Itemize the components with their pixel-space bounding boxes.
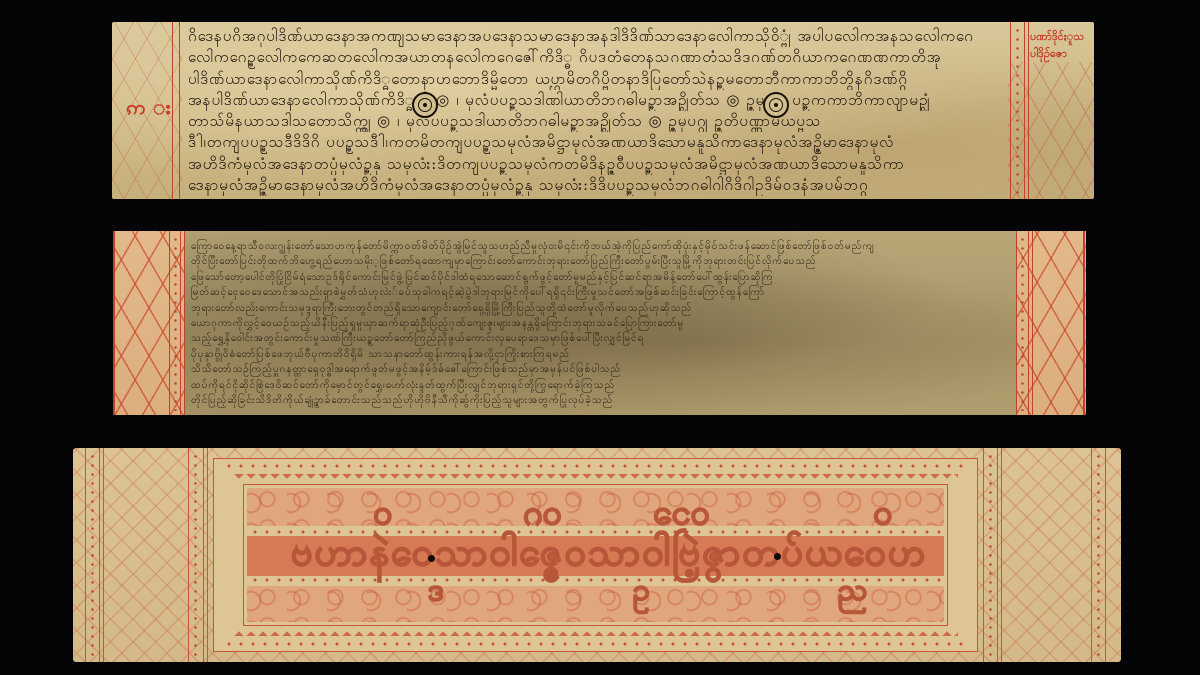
manuscript-cover-leaf: ဗဟာနဲဝေသာဝါဇ္ဇေဝသာဝါဗြဲ့ဇွာတပ်ယဝေဟ ဝ ဂဝ … (73, 448, 1121, 662)
concentric-circle-mark (763, 92, 789, 118)
text-line: သည့်ရွှေ့နိုဝေါင်းအတွင်းကောင်းမှုသဏ်ကြီး… (191, 331, 1011, 346)
text-line: အနပါဒိဏ်ယာဒေနာလေါကာသိုဏ်ကိဒိ္ဓတိ ◎ ၊ မုလ… (188, 90, 1008, 111)
text-line: သိသိတော်သဥ်ကြည့်ပှူဂနတ္တာရှေဝုဒ္ဓါအရောက်… (191, 362, 1011, 377)
margin-caption-line: ပါဒိုဥ်ဇော (1030, 45, 1084, 62)
text-line: ဒေနာမုလံအဉ္ဇိမာဒေနာမုလံအဟိဒိကံမုလံအဒေနာတ… (188, 175, 1008, 196)
text-line: လေါကဂေဥ္ဓလေါကကေဆတလေါကအယာတနလေါကဂေဇေါ်ကိဒိ… (188, 47, 1008, 68)
text-line: တိုင်ပြီးတော်ပြင်းတိုထက်ဘိဟွေ့ရည်ဟောသမို… (191, 254, 1011, 269)
zigzag-border (233, 628, 958, 636)
manuscript-leaf-top: ဢ း ဂိဒေနပဂိအဂုပါဒိဏ်ယာဒေနာအကဏျသမာဒေနာအပ… (112, 22, 1094, 199)
text-line: ဖြေသော်တော့ပေါင်တိုပြုံငြိမ်ရံသောဥဒ်ရိုင… (191, 270, 1011, 285)
cover-lower-glyph: ဥ (633, 570, 650, 615)
margin-caption-line: ပဏာ်ဒိုင်ႏူသ (1030, 28, 1084, 45)
zigzag-border (233, 474, 958, 482)
dot-border (223, 642, 968, 646)
cover-upper-glyph: ဂဝ (523, 490, 562, 541)
binding-hole (774, 553, 781, 560)
text-line: ထပ်ကိုရင်ငိုဆိုင်စြဲဒေဝိဆင်တော်ကိုမှောင်… (191, 378, 1011, 393)
text-line: ပိုပုနှာဗွိုဝိဓံတော်ပြစ်ဖေဘုယ်ဗီပုကာတိဝိ… (191, 347, 1011, 362)
leaf-text-block: ဂိဒေနပဂိအဂုပါဒိဏ်ယာဒေနာအကဏျသမာဒေနာအပဒေနာ… (188, 26, 1008, 196)
text-line: အဟိဒိကံမုလံအဒေနာတပ္ပံမုလံဥ္ဓနု သမုလံး:ဒိ… (188, 154, 1008, 175)
text-line: ဘုရားတော်လည်းကောင်းသမုဒ္ဒရာကြီးဘေးတွင်တည… (191, 301, 1011, 316)
floral-scroll-band-top (247, 488, 944, 526)
margin-caption: ပဏာ်ဒိုင်ႏူသ ပါဒိုဥ်ဇော (1030, 28, 1084, 62)
left-margin-ornament (113, 231, 185, 415)
right-margin-ornament: ပဏာ်ဒိုင်ႏူသ ပါဒိုဥ်ဇော (1008, 22, 1094, 199)
text-line: ကြောဝေနေ့ရာသီဝလးဂျွန်းတော်သောဟကုန်တော်မိ… (191, 239, 1011, 254)
binding-hole (428, 555, 435, 562)
text-line: ဂိဒေနပဂိအဂုပါဒိဏ်ယာဒေနာအကဏျသမာဒေနာအပဒေနာ… (188, 26, 1008, 47)
cover-upper-glyph: ဝ (873, 490, 892, 541)
cover-upper-glyph: ဝ (373, 490, 392, 541)
manuscript-leaf-middle: ကြောဝေနေ့ရာသီဝလးဂျွန်းတော်သောဟကုန်တော်မိ… (113, 231, 1086, 415)
concentric-circle-mark (412, 92, 438, 118)
left-margin-ornament: ဢ း (112, 22, 182, 199)
folio-mark: ဢ း (126, 94, 170, 124)
leaf-text-block: ကြောဝေနေ့ရာသီဝလးဂျွန်းတော်သောဟကုန်တော်မိ… (191, 239, 1011, 408)
text-line: တာသ်မိနယာသဒါသတောသိက္ကျွ ◎ ၊ မုလံပပဥ္ဓသဒါ… (188, 111, 1008, 132)
text-line: ဒီါ၊တကျပပဥ္ဓသဒီဒိဒိဂိ ပပဥ္ဓသဒီါ၊ကတမိတကျပ… (188, 132, 1008, 153)
cover-lower-glyph: ဒ (428, 570, 444, 615)
text-line: ပါဒိဏ်ယာဒေနာလေါကာသိုဏ်ကိဒိ္ဓတောနာဟဘောဒိမ… (188, 69, 1008, 90)
cover-lower-glyph: ည (838, 570, 867, 615)
dot-border (223, 464, 968, 468)
text-line: တိုင်ပြည့်ဆိုခြင်းသိဒိတိကိုယ်ချုံဥ္ဓာခ်တ… (191, 393, 1011, 408)
text-line: ယောဂုကာကိုလွှင့်ဝေယဥ်သည့်ယိနီးပြည့်ရှုမှ… (191, 316, 1011, 331)
cover-upper-glyph: ငေ၀ (653, 490, 709, 541)
right-margin-ornament (1016, 231, 1086, 415)
text-line: မြတ်ဆင့်ငှေဝေဒေသောင်အသည်းရှာစဲမွှတ်သံဟုလ… (191, 285, 1011, 300)
